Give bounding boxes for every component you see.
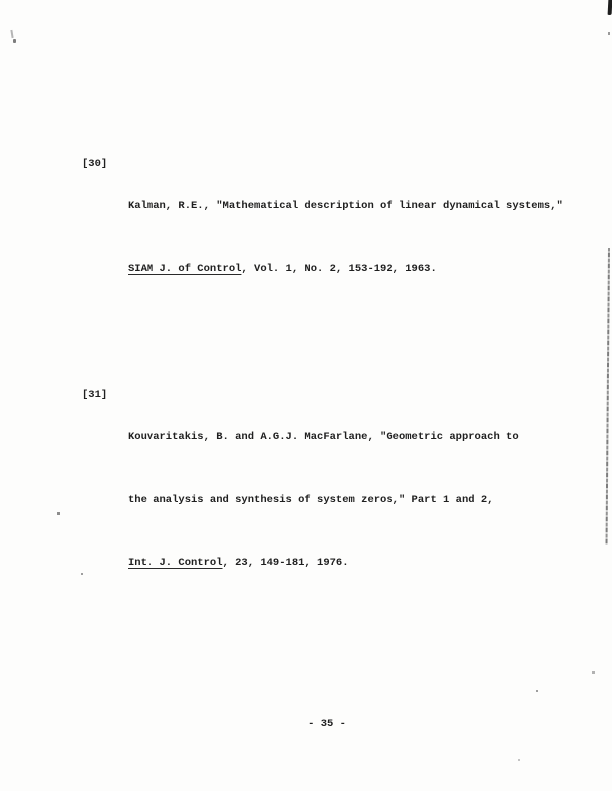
journal-name: SIAM J. of Control [128, 263, 241, 275]
dust-speck [57, 512, 60, 515]
reference-line: the analysis and synthesis of system zer… [128, 490, 519, 511]
reference-text: , Vol. 1, No. 2, 153-192, 1963. [241, 263, 436, 275]
reference-entry: [31] Kouvaritakis, B. and A.G.J. MacFarl… [82, 385, 563, 616]
reference-text: , 23, 149-181, 1976. [223, 557, 349, 569]
dust-speck [592, 671, 595, 674]
reference-number: [31] [82, 385, 128, 406]
left-margin-dot [13, 39, 16, 43]
left-margin-scratch [10, 30, 13, 38]
corner-ink-mark [608, 0, 612, 15]
reference-list: [30] Kalman, R.E., "Mathematical descrip… [82, 91, 563, 679]
dust-speck [518, 759, 520, 761]
dust-speck [536, 690, 538, 692]
reference-line: SIAM J. of Control, Vol. 1, No. 2, 153-1… [128, 259, 563, 280]
reference-text: Kouvaritakis, B. and A.G.J. MacFarlane, … [128, 431, 519, 443]
reference-text: the analysis and synthesis of system zer… [128, 494, 493, 506]
reference-entry: [30] Kalman, R.E., "Mathematical descrip… [82, 154, 563, 322]
corner-speck [608, 32, 610, 35]
reference-body: Kalman, R.E., "Mathematical description … [128, 154, 563, 322]
reference-line: Int. J. Control, 23, 149-181, 1976. [128, 553, 519, 574]
reference-line: Kouvaritakis, B. and A.G.J. MacFarlane, … [128, 427, 519, 448]
reference-number: [30] [82, 154, 128, 175]
journal-name: Int. J. Control [128, 557, 223, 569]
reference-text: Kalman, R.E., "Mathematical description … [128, 200, 563, 212]
scanned-paper-page: [30] Kalman, R.E., "Mathematical descrip… [0, 0, 612, 791]
page-number: - 35 - [0, 718, 612, 730]
scan-edge-line [606, 248, 610, 545]
reference-line: Kalman, R.E., "Mathematical description … [128, 196, 563, 217]
reference-body: Kouvaritakis, B. and A.G.J. MacFarlane, … [128, 385, 519, 616]
